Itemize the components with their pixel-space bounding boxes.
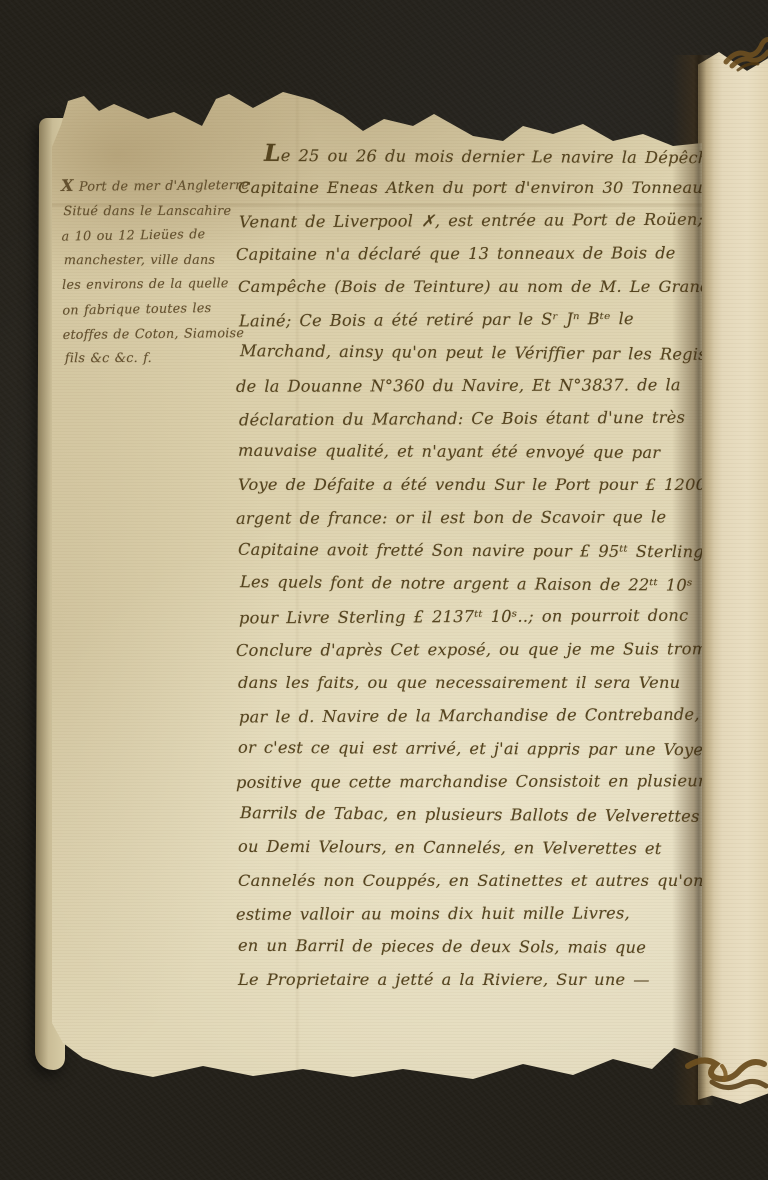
binding-thread-bottom-icon bbox=[682, 1048, 768, 1112]
text-line: Les quels font de notre argent a Raison … bbox=[240, 565, 710, 602]
text-line: par le d. Navire de la Marchandise de Co… bbox=[239, 698, 709, 734]
text-line: on fabrique toutes les bbox=[62, 296, 242, 324]
text-line: Le Proprietaire a jetté a la Riviere, Su… bbox=[238, 963, 708, 996]
text-line: Capitaine n'a déclaré que 13 tonneaux de… bbox=[236, 236, 706, 271]
text-line: Conclure d'après Cet exposé, ou que je m… bbox=[236, 632, 706, 667]
text-line: les environs de la quelle bbox=[62, 272, 242, 298]
binding-thread-top-icon bbox=[722, 32, 768, 78]
body-text: Le 25 ou 26 du mois dernier Le navire la… bbox=[238, 138, 708, 996]
text-line: Campêche (Bois de Teinture) au nom de M.… bbox=[238, 270, 708, 303]
text-line: déclaration du Marchand: Ce Bois étant d… bbox=[239, 401, 709, 437]
text-line: Situé dans le Lanscahire bbox=[63, 199, 243, 224]
text-line: etoffes de Coton, Siamoise bbox=[63, 322, 243, 348]
text-line: manchester, ville dans bbox=[64, 249, 244, 274]
text-line: fils &c &c. f. bbox=[65, 347, 245, 372]
text-line: Le 25 ou 26 du mois dernier Le navire la… bbox=[238, 137, 708, 172]
text-line: ou Demi Velours, en Cannelés, en Velvere… bbox=[238, 830, 708, 865]
text-line: argent de france: or il est bon de Scavo… bbox=[236, 500, 706, 535]
text-line: en un Barril de pieces de deux Sols, mai… bbox=[238, 929, 708, 964]
text-line: de la Douanne N°360 du Navire, Et N°3837… bbox=[236, 368, 706, 403]
text-line: Capitaine Eneas Atken du port d'environ … bbox=[238, 171, 708, 204]
text-line: X Port de mer d'Angleterre bbox=[61, 172, 241, 200]
text-line: positive que cette marchandise Consistoi… bbox=[236, 764, 706, 799]
text-line: Capitaine avoit fretté Son navire pour £… bbox=[238, 533, 708, 568]
adjacent-page bbox=[698, 52, 768, 1104]
text-line: Lainé; Ce Bois a été retiré par le Sʳ Jⁿ… bbox=[239, 302, 709, 338]
text-line: Barrils de Tabac, en plusieurs Ballots d… bbox=[240, 796, 710, 833]
photograph-of-manuscript: X Port de mer d'AngleterreSitué dans le … bbox=[0, 0, 768, 1180]
text-line: a 10 ou 12 Lieües de bbox=[61, 223, 241, 251]
text-line: mauvaise qualité, et n'ayant été envoyé … bbox=[238, 434, 708, 469]
text-line: dans les faits, ou que necessairement il… bbox=[238, 666, 708, 699]
manuscript-page: X Port de mer d'AngleterreSitué dans le … bbox=[52, 85, 702, 1080]
text-line: or c'est ce qui est arrivé, et j'ai appr… bbox=[238, 731, 708, 766]
text-line: estime valloir au moins dix huit mille L… bbox=[236, 896, 706, 931]
text-line: Venant de Liverpool ✗, est entrée au Por… bbox=[239, 203, 709, 239]
margin-note: X Port de mer d'AngleterreSitué dans le … bbox=[61, 172, 243, 373]
text-line: Cannelés non Couppés, en Satinettes et a… bbox=[238, 864, 708, 897]
text-line: pour Livre Sterling £ 2137ᵗᵗ 10ˢ..; on p… bbox=[239, 599, 709, 635]
text-line: Marchand, ainsy qu'on peut le Vériffier … bbox=[240, 334, 710, 371]
text-line: Voye de Défaite a été vendu Sur le Port … bbox=[238, 468, 708, 501]
